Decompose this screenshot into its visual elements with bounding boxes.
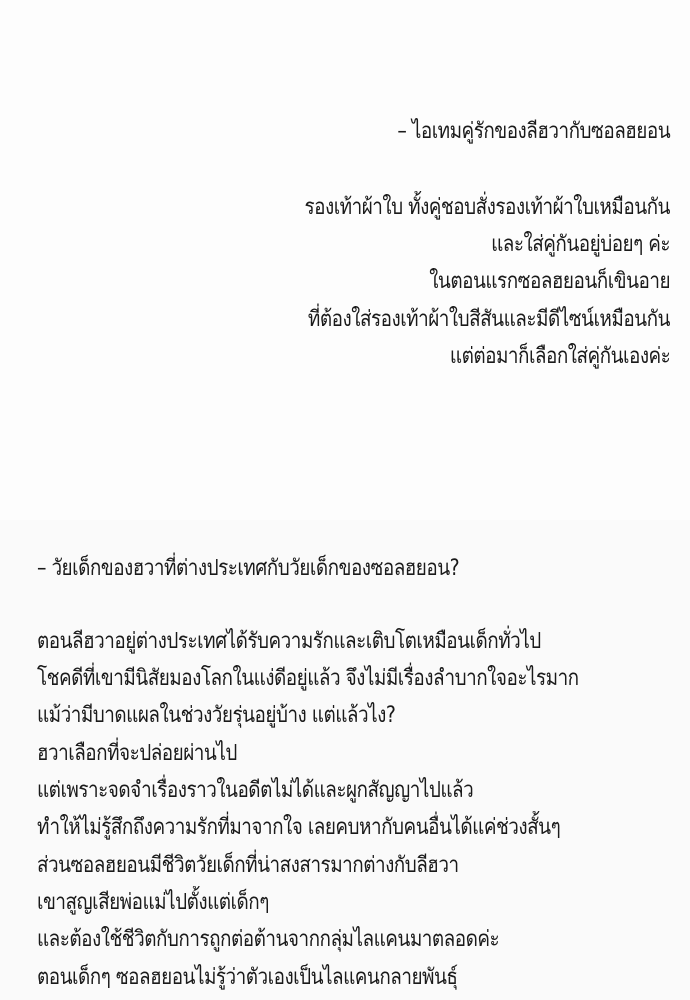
paragraph-line: แม้ว่ามีบาดแผลในช่วงวัยรุ่นอยู่บ้าง แต่แ… [37,701,395,731]
paragraph-line: ในตอนแรกซอลฮยอนก็เขินอาย [429,267,670,297]
paragraph-line: ทำให้ไม่รู้สึกถึงความรักที่มาจากใจ เลยคบ… [37,813,560,843]
paragraph-line: ส่วนซอลฮยอนมีชีวิตวัยเด็กที่น่าสงสารมากต… [37,851,459,881]
section-heading-childhood: – วัยเด็กของฮวาที่ต่างประเทศกับวัยเด็กขอ… [37,554,459,584]
section-couple-items: – ไอเทมคู่รักของลีฮวากับซอลฮยอน รองเท้าผ… [0,0,690,520]
paragraph-line: ที่ต้องใส่รองเท้าผ้าใบสีสันและมีดีไซน์เห… [308,305,670,335]
paragraph-line: และใส่คู่กันอยู่บ่อยๆ ค่ะ [491,230,670,260]
section-childhood: – วัยเด็กของฮวาที่ต่างประเทศกับวัยเด็กขอ… [0,520,690,1000]
paragraph-line: รองเท้าผ้าใบ ทั้งคู่ชอบสั่งรองเท้าผ้าใบเ… [305,193,670,223]
paragraph-line: แต่ต่อมาก็เลือกใส่คู่กันเองค่ะ [450,342,670,372]
paragraph-line: เขาสูญเสียพ่อแม่ไปตั้งแต่เด็กๆ [37,888,269,918]
paragraph-line: แต่เพราะจดจำเรื่องราวในอดีตไม่ได้และผูกส… [37,776,473,806]
section-heading-couple-items: – ไอเทมคู่รักของลีฮวากับซอลฮยอน [397,117,670,147]
paragraph-line: และต้องใช้ชีวิตกับการถูกต่อต้านจากกลุ่มไ… [37,925,499,955]
paragraph-line: ฮวาเลือกที่จะปล่อยผ่านไป [37,739,237,769]
paragraph-line: โชคดีที่เขามีนิสัยมองโลกในแง่ดีอยู่แล้ว … [37,664,579,694]
paragraph-line: ตอนเด็กๆ ซอลฮยอนไม่รู้ว่าตัวเองเป็นไลแคน… [37,963,457,993]
paragraph-line: ตอนลีฮวาอยู่ต่างประเทศได้รับความรักและเต… [37,627,541,657]
